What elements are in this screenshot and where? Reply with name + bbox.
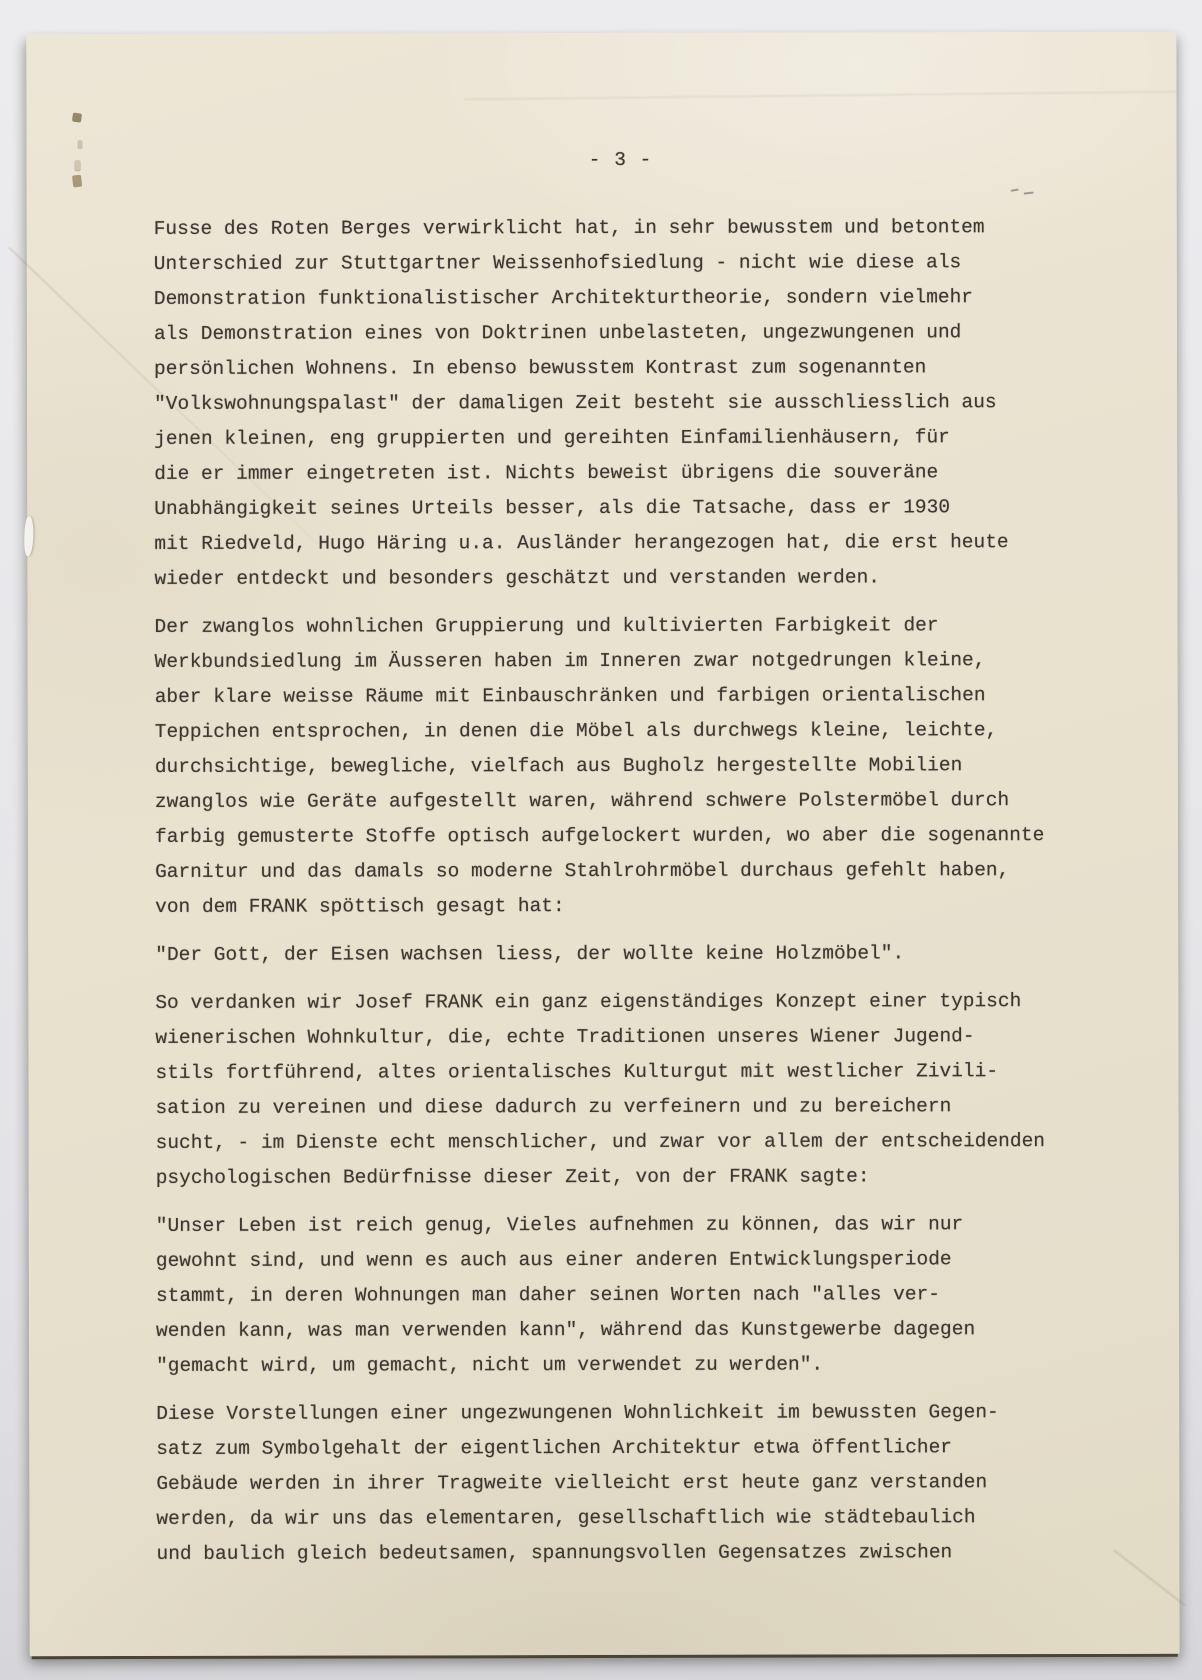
paper-sheet: - 3 - Fusse des Roten Berges verwirklich… xyxy=(26,32,1179,1656)
staple-mark xyxy=(72,113,82,123)
paper-crease xyxy=(1113,1549,1185,1606)
paragraph: So verdanken wir Josef FRANK ein ganz ei… xyxy=(155,984,1055,1196)
paper-crease xyxy=(464,91,1176,101)
paragraph: Der zwanglos wohnlichen Gruppierung und … xyxy=(155,608,1056,925)
paragraph: Diese Vorstellungen einer ungezwungenen … xyxy=(156,1395,1056,1572)
document-body: Fusse des Roten Berges verwirklicht hat,… xyxy=(154,210,1057,1572)
paper-edge-notch xyxy=(24,516,34,556)
page-number: - 3 - xyxy=(171,142,1071,179)
staple-mark xyxy=(75,160,81,170)
staple-mark xyxy=(72,175,82,188)
paragraph: "Der Gott, der Eisen wachsen liess, der … xyxy=(155,936,1055,973)
staple-mark xyxy=(78,140,83,149)
scanner-background: { "colors": { "paper": "#e9e2cf", "backg… xyxy=(0,0,1202,1680)
paragraph: Fusse des Roten Berges verwirklicht hat,… xyxy=(154,210,1055,597)
typewritten-page: - 3 - Fusse des Roten Berges verwirklich… xyxy=(154,142,1057,1585)
paragraph: "Unser Leben ist reich genug, Vieles auf… xyxy=(156,1207,1056,1384)
